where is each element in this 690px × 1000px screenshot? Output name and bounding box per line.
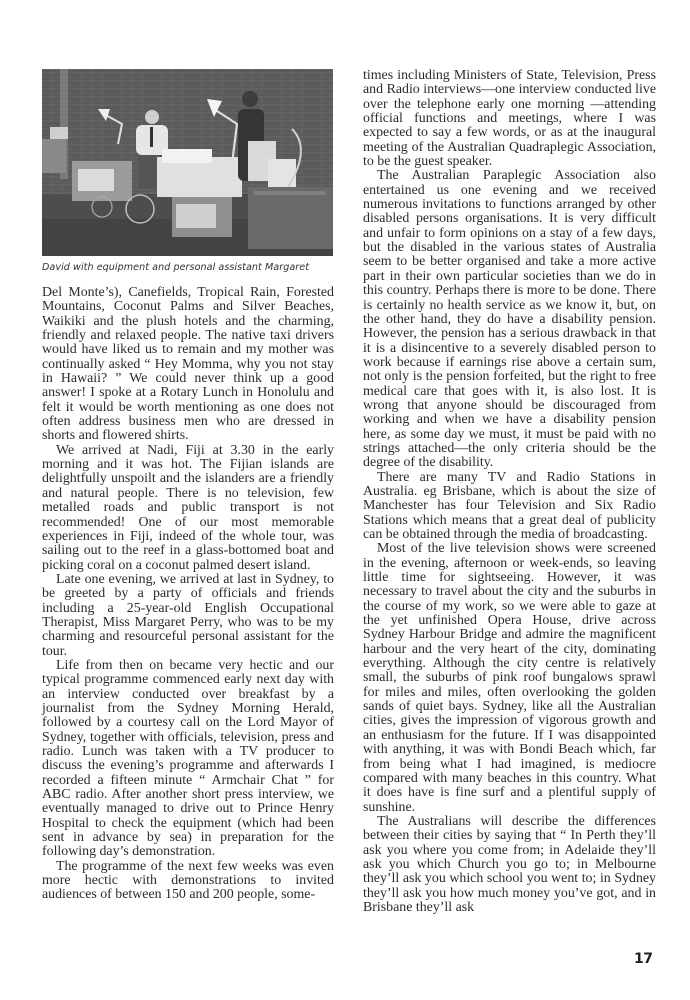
- photo-image: [42, 69, 333, 256]
- paragraph: We arrived at Nadi, Fiji at 3.30 in the …: [42, 444, 334, 573]
- photo-caption: David with equipment and personal assist…: [42, 262, 342, 273]
- paragraph: Late one evening, we arrived at last in …: [42, 573, 334, 659]
- paragraph: The Australian Paraplegic Association al…: [363, 169, 656, 470]
- paragraph: The Australians will describe the differ…: [363, 815, 656, 915]
- paragraph: times including Ministers of State, Tele…: [363, 69, 656, 169]
- paragraph: Del Monte’s), Canefields, Tropical Rain,…: [42, 286, 334, 444]
- paragraph: There are many TV and Radio Stations in …: [363, 471, 656, 543]
- paragraph: Most of the live television shows were s…: [363, 542, 656, 815]
- text-column-right: times including Ministers of State, Tele…: [363, 69, 656, 915]
- photo-figure: [42, 69, 333, 256]
- page-number: 17: [634, 951, 652, 967]
- magazine-page: David with equipment and personal assist…: [0, 0, 690, 1000]
- paragraph: The programme of the next few weeks was …: [42, 860, 334, 903]
- text-column-left: Del Monte’s), Canefields, Tropical Rain,…: [42, 286, 334, 903]
- paragraph: Life from then on became very hectic and…: [42, 659, 334, 860]
